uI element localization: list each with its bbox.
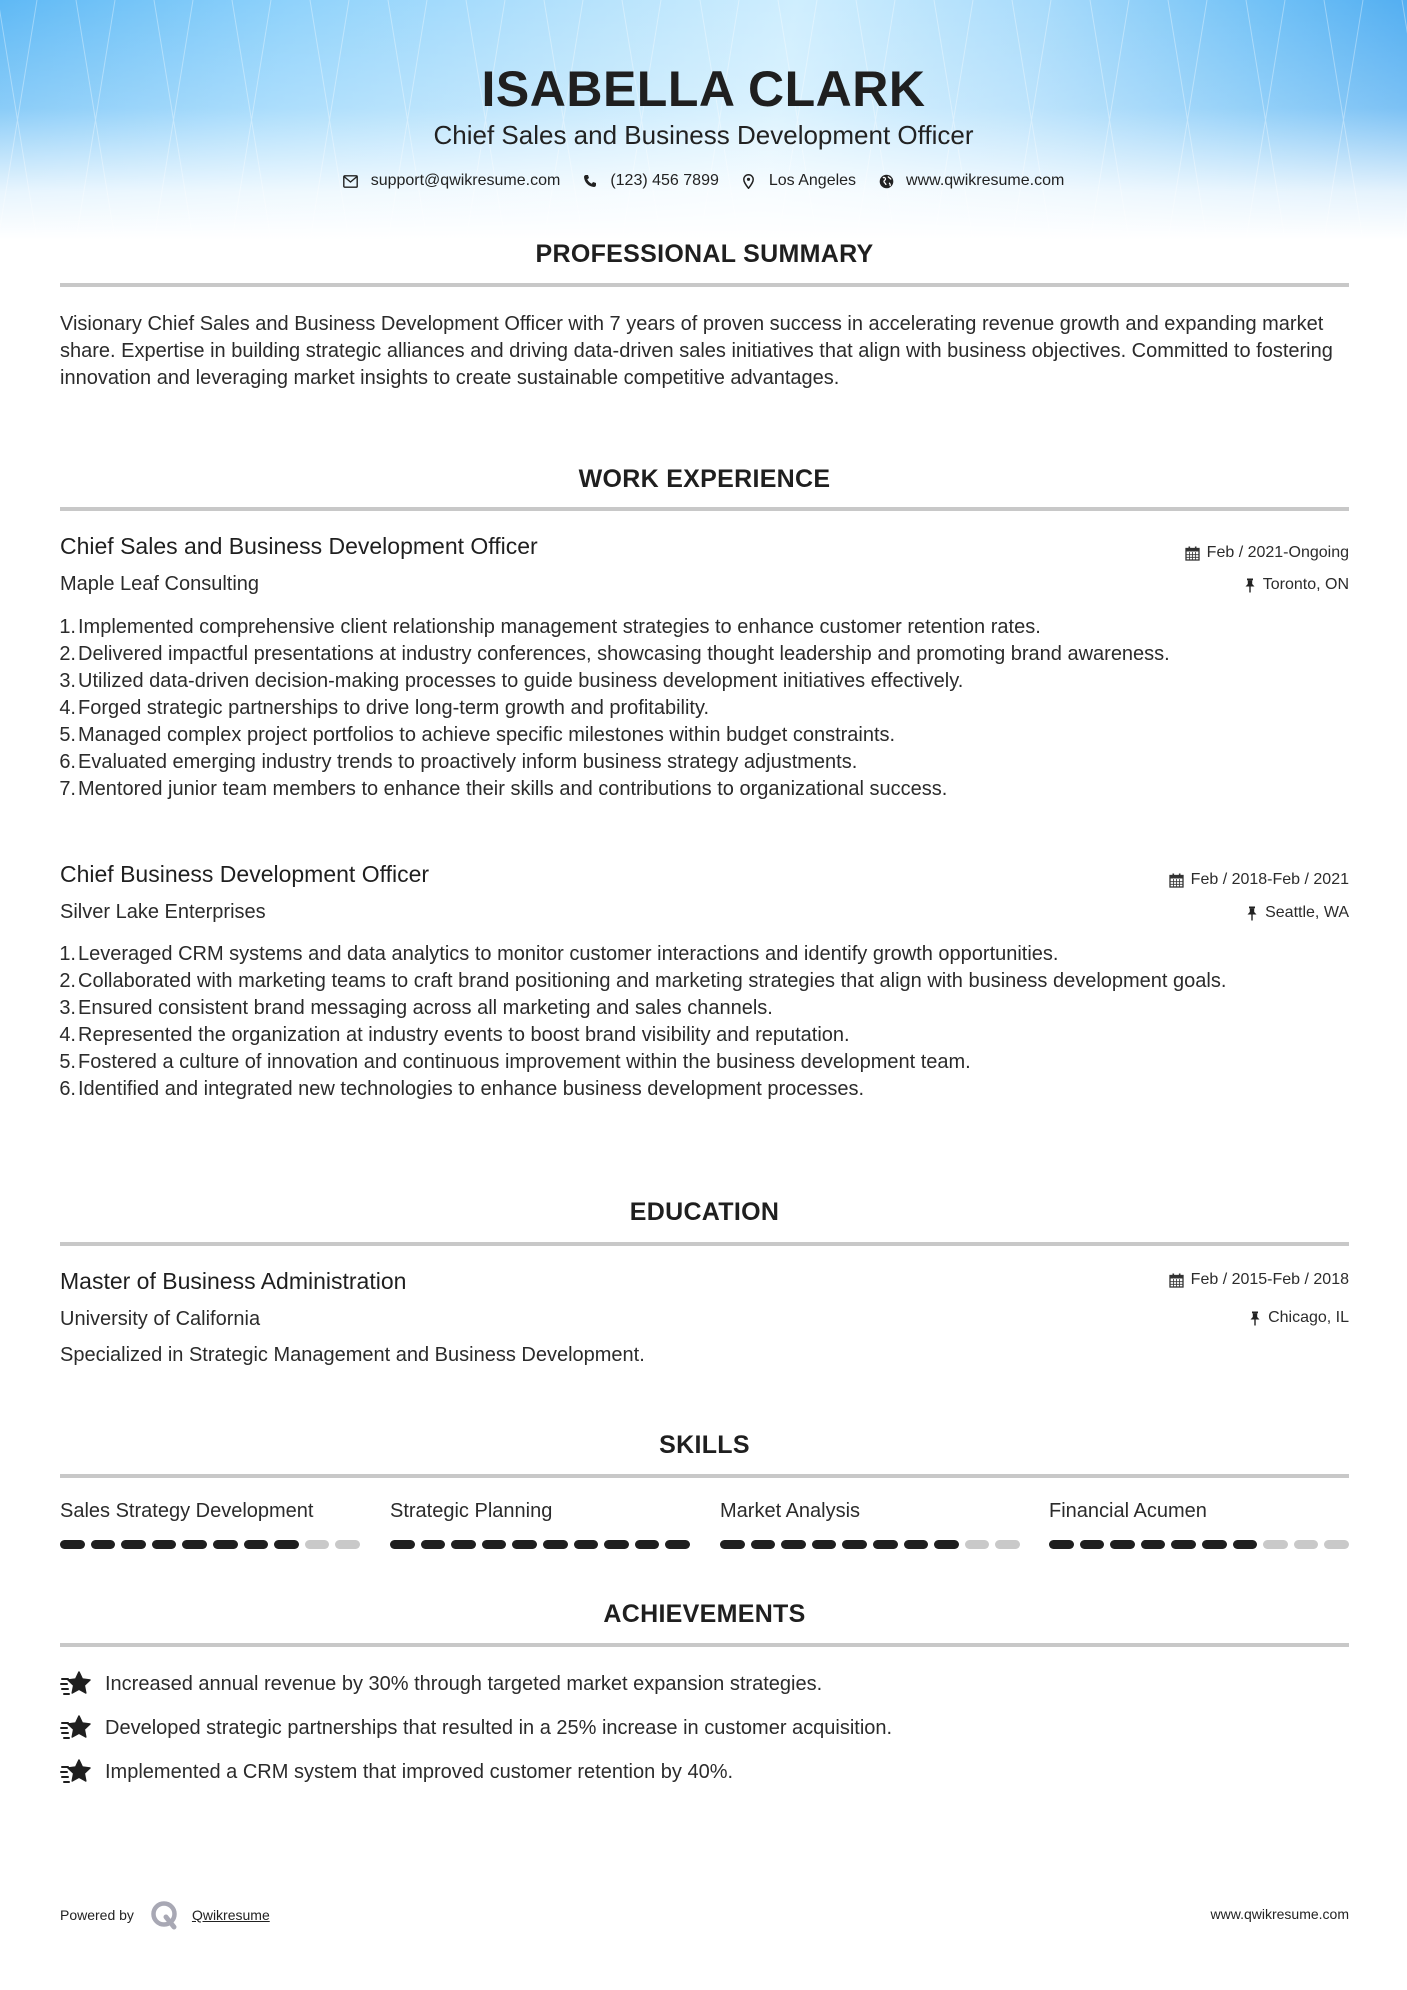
- skill-level-bar: [1049, 1540, 1349, 1549]
- bullet-item: 4.Forged strategic partnerships to drive…: [78, 695, 1328, 722]
- skill-level-segment: [1202, 1540, 1227, 1549]
- bullet-item: 7.Mentored junior team members to enhanc…: [78, 776, 1328, 803]
- section-heading-experience: WORK EXPERIENCE: [60, 465, 1349, 494]
- bullet-text: Forged strategic partnerships to drive l…: [78, 697, 709, 719]
- achievement-star-icon: [60, 1670, 92, 1698]
- job-title: Chief Sales and Business Development Off…: [60, 533, 538, 560]
- powered-by-label: Powered by: [60, 1907, 134, 1923]
- skill-level-segment: [604, 1540, 629, 1549]
- bullet-text: Managed complex project portfolios to ac…: [78, 724, 895, 746]
- footer-website[interactable]: www.qwikresume.com: [1211, 1906, 1349, 1922]
- resume-header: ISABELLA CLARK Chief Sales and Business …: [0, 0, 1407, 240]
- bullet-item: 6.Evaluated emerging industry trends to …: [78, 749, 1328, 776]
- skill-level-segment: [121, 1540, 146, 1549]
- contact-phone-text: (123) 456 7899: [610, 172, 719, 190]
- skill-level-segment: [543, 1540, 568, 1549]
- bullet-item: 6.Identified and integrated new technolo…: [78, 1076, 1328, 1103]
- section-heading-summary: PROFESSIONAL SUMMARY: [60, 240, 1349, 269]
- bullet-item: 5.Fostered a culture of innovation and c…: [78, 1049, 1328, 1076]
- candidate-name: ISABELLA CLARK: [0, 60, 1407, 118]
- bullet-text: Collaborated with marketing teams to cra…: [78, 970, 1226, 992]
- job-company: Maple Leaf Consulting: [60, 573, 259, 596]
- section-heading-skills: SKILLS: [60, 1431, 1349, 1460]
- bullet-number: 1.: [54, 614, 76, 641]
- qwikresume-logo-icon: [150, 1900, 180, 1930]
- skill-level-segment: [934, 1540, 959, 1549]
- education-dates: Feb / 2015-Feb / 2018: [1169, 1271, 1349, 1289]
- bullet-item: 1.Implemented comprehensive client relat…: [78, 614, 1328, 641]
- section-heading-education: EDUCATION: [60, 1198, 1349, 1227]
- job-bullets: 1.Leveraged CRM systems and data analyti…: [78, 941, 1328, 1103]
- map-marker-icon: [741, 173, 757, 189]
- education-location: Chicago, IL: [1249, 1309, 1349, 1327]
- skill-level-segment: [995, 1540, 1020, 1549]
- education-location-text: Chicago, IL: [1268, 1309, 1349, 1327]
- achievement-item: Implemented a CRM system that improved c…: [60, 1758, 733, 1786]
- bullet-item: 5.Managed complex project portfolios to …: [78, 722, 1328, 749]
- bullet-item: 2.Delivered impactful presentations at i…: [78, 641, 1328, 668]
- phone-icon: [582, 173, 598, 189]
- skill-level-segment: [1141, 1540, 1166, 1549]
- skill-name: Market Analysis: [720, 1500, 1020, 1530]
- skill-item: Financial Acumen: [1049, 1500, 1349, 1549]
- skill-level-segment: [335, 1540, 360, 1549]
- achievement-star-icon: [60, 1714, 92, 1742]
- bullet-text: Represented the organization at industry…: [78, 1024, 850, 1046]
- skill-level-segment: [305, 1540, 330, 1549]
- bullet-number: 2.: [54, 641, 76, 668]
- calendar-icon: [1169, 873, 1184, 888]
- bullet-number: 5.: [54, 722, 76, 749]
- skill-level-segment: [182, 1540, 207, 1549]
- section-divider: [60, 1242, 1349, 1246]
- skill-level-segment: [904, 1540, 929, 1549]
- qwikresume-link[interactable]: Qwikresume: [192, 1907, 270, 1923]
- bullet-text: Fostered a culture of innovation and con…: [78, 1051, 971, 1073]
- skill-level-segment: [512, 1540, 537, 1549]
- footer-powered-by: Powered by Qwikresume: [60, 1900, 270, 1930]
- education-degree: Master of Business Administration: [60, 1268, 406, 1295]
- skill-level-bar: [720, 1540, 1020, 1549]
- skill-level-segment: [873, 1540, 898, 1549]
- achievement-star-icon: [60, 1758, 92, 1786]
- bullet-number: 4.: [54, 695, 76, 722]
- section-divider: [60, 1643, 1349, 1647]
- skill-level-segment: [635, 1540, 660, 1549]
- section-divider: [60, 507, 1349, 511]
- bullet-text: Mentored junior team members to enhance …: [78, 778, 947, 800]
- skill-level-segment: [152, 1540, 177, 1549]
- contact-email[interactable]: support@qwikresume.com: [343, 172, 561, 190]
- bullet-text: Utilized data-driven decision-making pro…: [78, 670, 963, 692]
- bullet-number: 1.: [54, 941, 76, 968]
- bullet-text: Implemented comprehensive client relatio…: [78, 616, 1041, 638]
- skill-level-segment: [1324, 1540, 1349, 1549]
- candidate-title: Chief Sales and Business Development Off…: [0, 120, 1407, 151]
- job-dates: Feb / 2018-Feb / 2021: [1169, 871, 1349, 889]
- job-company: Silver Lake Enterprises: [60, 901, 266, 924]
- education-dates-text: Feb / 2015-Feb / 2018: [1191, 1271, 1349, 1289]
- skill-name: Sales Strategy Development: [60, 1500, 360, 1530]
- bullet-number: 7.: [54, 776, 76, 803]
- skill-level-segment: [665, 1540, 690, 1549]
- bullet-text: Evaluated emerging industry trends to pr…: [78, 751, 857, 773]
- bullet-number: 5.: [54, 1049, 76, 1076]
- skill-level-segment: [1110, 1540, 1135, 1549]
- contact-location-text: Los Angeles: [769, 172, 856, 190]
- calendar-icon: [1185, 546, 1200, 561]
- section-divider: [60, 1474, 1349, 1478]
- education-description: Specialized in Strategic Management and …: [60, 1344, 645, 1367]
- job-dates-text: Feb / 2018-Feb / 2021: [1191, 871, 1349, 889]
- skill-name: Strategic Planning: [390, 1500, 690, 1530]
- bullet-item: 3.Ensured consistent brand messaging acr…: [78, 995, 1328, 1022]
- pushpin-icon: [1244, 578, 1256, 593]
- skill-level-segment: [574, 1540, 599, 1549]
- bullet-number: 6.: [54, 1076, 76, 1103]
- bullet-item: 3.Utilized data-driven decision-making p…: [78, 668, 1328, 695]
- bullet-number: 4.: [54, 1022, 76, 1049]
- skill-level-segment: [1171, 1540, 1196, 1549]
- skill-level-segment: [91, 1540, 116, 1549]
- contact-website-text: www.qwikresume.com: [906, 172, 1064, 190]
- pushpin-icon: [1249, 1311, 1261, 1326]
- contact-email-text: support@qwikresume.com: [371, 172, 561, 190]
- skill-level-segment: [1233, 1540, 1258, 1549]
- achievement-text: Implemented a CRM system that improved c…: [105, 1761, 733, 1784]
- job-location: Toronto, ON: [1244, 576, 1349, 594]
- achievement-text: Increased annual revenue by 30% through …: [105, 1673, 822, 1696]
- bullet-number: 3.: [54, 668, 76, 695]
- globe-icon: [878, 173, 894, 189]
- pushpin-icon: [1246, 906, 1258, 921]
- skill-level-segment: [213, 1540, 238, 1549]
- summary-text: Visionary Chief Sales and Business Devel…: [60, 311, 1350, 392]
- job-title: Chief Business Development Officer: [60, 861, 429, 888]
- skill-name: Financial Acumen: [1049, 1500, 1349, 1530]
- job-bullets: 1.Implemented comprehensive client relat…: [78, 614, 1328, 803]
- skill-level-segment: [451, 1540, 476, 1549]
- job-location: Seattle, WA: [1246, 904, 1349, 922]
- skill-level-segment: [965, 1540, 990, 1549]
- calendar-icon: [1169, 1273, 1184, 1288]
- skill-item: Strategic Planning: [390, 1500, 690, 1549]
- bullet-item: 4.Represented the organization at indust…: [78, 1022, 1328, 1049]
- bullet-item: 2.Collaborated with marketing teams to c…: [78, 968, 1328, 995]
- job-dates-text: Feb / 2021-Ongoing: [1207, 544, 1349, 562]
- skill-level-segment: [1049, 1540, 1074, 1549]
- job-location-text: Seattle, WA: [1265, 904, 1349, 922]
- skill-level-segment: [1080, 1540, 1105, 1549]
- skill-level-segment: [244, 1540, 269, 1549]
- skill-level-segment: [274, 1540, 299, 1549]
- skill-level-segment: [812, 1540, 837, 1549]
- bullet-text: Ensured consistent brand messaging acros…: [78, 997, 773, 1019]
- achievement-item: Developed strategic partnerships that re…: [60, 1714, 892, 1742]
- contact-location: Los Angeles: [741, 172, 856, 190]
- skill-level-segment: [842, 1540, 867, 1549]
- job-location-text: Toronto, ON: [1263, 576, 1349, 594]
- bullet-text: Leveraged CRM systems and data analytics…: [78, 943, 1059, 965]
- skill-level-bar: [60, 1540, 360, 1549]
- skill-level-segment: [421, 1540, 446, 1549]
- education-school: University of California: [60, 1308, 260, 1331]
- skill-item: Market Analysis: [720, 1500, 1020, 1549]
- envelope-icon: [343, 173, 359, 189]
- contact-phone[interactable]: (123) 456 7899: [582, 172, 719, 190]
- job-dates: Feb / 2021-Ongoing: [1185, 544, 1349, 562]
- skill-level-bar: [390, 1540, 690, 1549]
- skill-level-segment: [60, 1540, 85, 1549]
- skill-level-segment: [720, 1540, 745, 1549]
- section-heading-achievements: ACHIEVEMENTS: [60, 1600, 1349, 1629]
- skill-item: Sales Strategy Development: [60, 1500, 360, 1549]
- skill-level-segment: [390, 1540, 415, 1549]
- contact-website[interactable]: www.qwikresume.com: [878, 172, 1064, 190]
- skill-level-segment: [1263, 1540, 1288, 1549]
- achievement-item: Increased annual revenue by 30% through …: [60, 1670, 822, 1698]
- bullet-number: 6.: [54, 749, 76, 776]
- skill-level-segment: [781, 1540, 806, 1549]
- bullet-text: Delivered impactful presentations at ind…: [78, 643, 1170, 665]
- contact-bar: support@qwikresume.com (123) 456 7899 Lo…: [0, 172, 1407, 190]
- skill-level-segment: [751, 1540, 776, 1549]
- bullet-text: Identified and integrated new technologi…: [78, 1078, 864, 1100]
- bullet-number: 3.: [54, 995, 76, 1022]
- skill-level-segment: [482, 1540, 507, 1549]
- skill-level-segment: [1294, 1540, 1319, 1549]
- achievement-text: Developed strategic partnerships that re…: [105, 1717, 892, 1740]
- section-divider: [60, 283, 1349, 287]
- bullet-item: 1.Leveraged CRM systems and data analyti…: [78, 941, 1328, 968]
- bullet-number: 2.: [54, 968, 76, 995]
